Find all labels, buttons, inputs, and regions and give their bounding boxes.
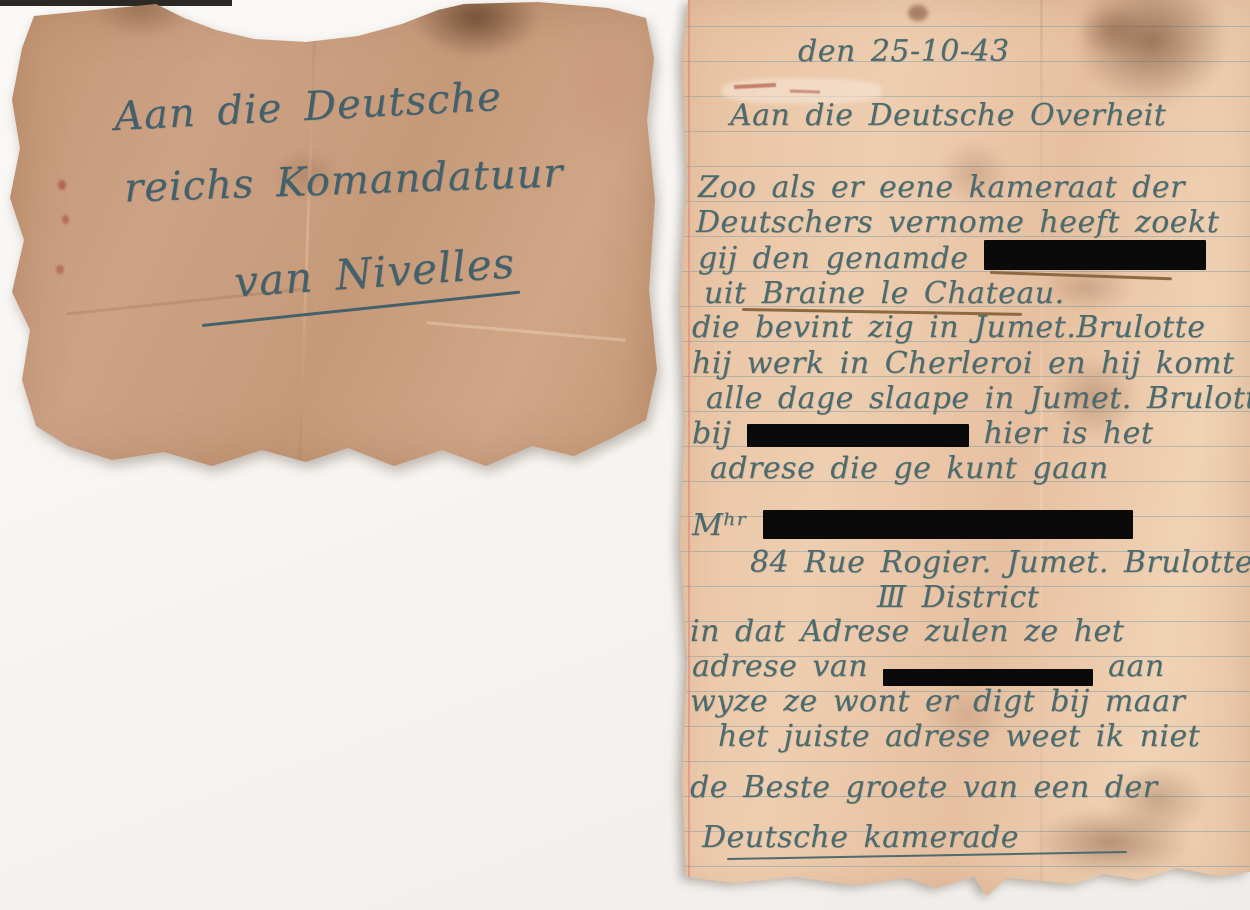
- address-street-line: 84 Rue Rogier. Jumet. Brulotte: [750, 545, 1250, 580]
- speck: [62, 215, 69, 224]
- body-line: uit Braine le Chateau.: [704, 276, 1065, 311]
- body-line: alle dage slaape in Jumet. Brulotte: [706, 381, 1250, 416]
- handwriting-text: die bevint zig in Jumet.Brulotte: [692, 310, 1205, 345]
- handwriting-text: in dat Adrese zulen ze het: [690, 614, 1124, 649]
- handwriting-text: aan: [1093, 649, 1165, 684]
- handwriting-text: het juiste adrese weet ik niet: [718, 719, 1200, 754]
- body-line: in dat Adrese zulen ze het: [690, 614, 1124, 649]
- body-line-redacted: adrese van aan: [692, 649, 1165, 684]
- scanned-letter: den 25-10-43Aan die Deutsche OverheitZoo…: [672, 0, 1250, 896]
- handwriting-text: 84 Rue Rogier. Jumet. Brulotte: [750, 545, 1250, 580]
- body-line-redacted: bij hier is het: [692, 416, 1153, 451]
- scanned-envelope: Aan die Deutschereichs Komandatuurvan Ni…: [6, 0, 662, 472]
- handwriting-text: gij den genamde: [698, 241, 984, 276]
- body-line: adrese die ge kunt gaan: [710, 451, 1109, 486]
- stain: [908, 5, 928, 21]
- envelope-line-recipient-1: Aan die Deutsche: [113, 74, 503, 140]
- closing-line: de Beste groete van een der: [690, 770, 1158, 805]
- envelope-line-recipient-2: reichs Komandatuur: [123, 150, 564, 211]
- handwriting-text: Deutsche kamerade: [702, 820, 1019, 855]
- scanned-document-page: Aan die Deutschereichs Komandatuurvan Ni…: [0, 0, 1250, 910]
- address-district-line: Ⅲ District: [877, 580, 1039, 615]
- letter-page: den 25-10-43Aan die Deutsche OverheitZoo…: [672, 0, 1250, 896]
- handwriting-text: hij werk in Cherleroi en hij komt: [692, 346, 1235, 381]
- handwriting-text: reichs Komandatuur: [123, 150, 564, 211]
- speck: [58, 180, 66, 190]
- pink-tint: [551, 0, 661, 180]
- handwriting-text: den 25-10-43: [798, 34, 1010, 69]
- handwriting-text: uit Braine le Chateau.: [704, 276, 1065, 311]
- body-line: Zoo als er eene kameraat der: [698, 170, 1185, 205]
- crease: [426, 321, 626, 341]
- margin-line: [688, 0, 690, 896]
- handwriting-text: bij: [692, 416, 747, 451]
- handwriting-text: Zoo als er eene kameraat der: [698, 170, 1185, 205]
- handwriting-text: Mʰʳ: [692, 508, 763, 543]
- handwriting-text: Deutschers vernome heeft zoekt: [696, 205, 1219, 240]
- speck: [56, 265, 64, 274]
- redaction-bar: [763, 510, 1133, 539]
- body-line-redacted: gij den genamde: [698, 241, 1206, 276]
- handwriting-text: Ⅲ District: [877, 580, 1039, 615]
- body-line: Deutschers vernome heeft zoekt: [696, 205, 1219, 240]
- handwriting-text: Aan die Deutsche Overheit: [730, 98, 1166, 133]
- date-line: den 25-10-43: [798, 34, 1010, 69]
- address-name-line: Mʰʳ: [692, 508, 1133, 543]
- handwriting-text: adrese van: [692, 649, 883, 684]
- body-line: wyze ze wont er digt bij maar: [690, 684, 1185, 719]
- handwriting-text: hier is het: [969, 416, 1154, 451]
- body-line: het juiste adrese weet ik niet: [718, 719, 1200, 754]
- stain: [391, 0, 561, 70]
- handwriting-text: Aan die Deutsche: [113, 74, 503, 140]
- handwriting-text: alle dage slaape in Jumet. Brulotte: [706, 381, 1250, 416]
- handwriting-text: adrese die ge kunt gaan: [710, 451, 1109, 486]
- crease: [298, 0, 317, 472]
- envelope-paper: Aan die Deutschereichs Komandatuurvan Ni…: [6, 0, 662, 472]
- body-line: hij werk in Cherleroi en hij komt: [692, 346, 1235, 381]
- redaction-bar: [984, 240, 1206, 270]
- handwriting-text: wyze ze wont er digt bij maar: [690, 684, 1185, 719]
- salutation-line: Aan die Deutsche Overheit: [730, 98, 1166, 133]
- signature-line: Deutsche kamerade: [702, 820, 1019, 855]
- redaction-bar: [747, 424, 969, 447]
- stain: [76, 0, 206, 47]
- body-line: die bevint zig in Jumet.Brulotte: [692, 310, 1205, 345]
- handwriting-text: de Beste groete van een der: [690, 770, 1158, 805]
